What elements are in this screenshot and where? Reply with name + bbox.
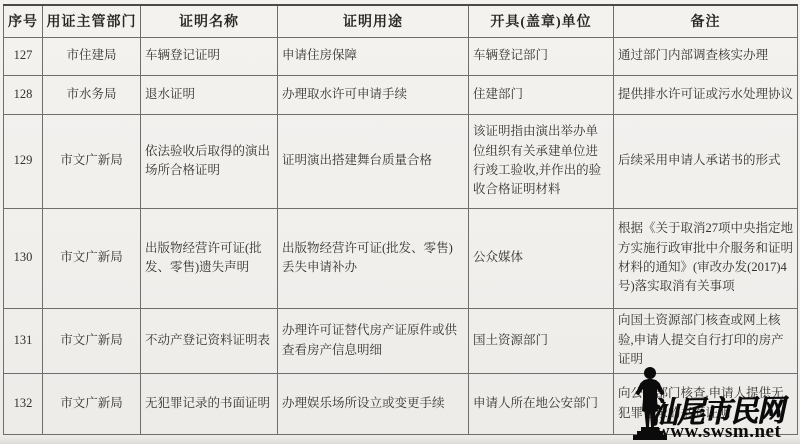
cell-dept: 市住建局 [43,37,141,75]
cell-seq: 127 [4,37,43,75]
certificates-table: 序号 用证主管部门 证明名称 证明用途 开具(盖章)单位 备注 127 市住建局… [3,4,798,435]
cell-dept: 市水务局 [43,75,141,114]
header-seq: 序号 [4,5,43,37]
table-row: 131 市文广新局 不动产登记资料证明表 办理许可证替代房产证原件或供查看房产信… [4,308,798,373]
cell-issuer: 国土资源部门 [469,308,614,373]
header-dept: 用证主管部门 [43,5,141,37]
header-cert-name: 证明名称 [141,5,278,37]
cell-issuer: 车辆登记部门 [469,37,614,75]
cell-cert-name: 车辆登记证明 [141,37,278,75]
cell-seq: 132 [4,373,43,434]
cell-cert-name: 不动产登记资料证明表 [141,308,278,373]
cell-purpose: 证明演出搭建舞台质量合格 [278,114,469,208]
scanned-document-page: 序号 用证主管部门 证明名称 证明用途 开具(盖章)单位 备注 127 市住建局… [0,0,800,444]
cell-issuer: 住建部门 [469,75,614,114]
cell-remark: 通过部门内部调查核实办理 [614,37,798,75]
cell-purpose: 办理许可证替代房产证原件或供查看房产信息明细 [278,308,469,373]
cell-dept: 市文广新局 [43,208,141,308]
cell-issuer: 公众媒体 [469,208,614,308]
header-purpose: 证明用途 [278,5,469,37]
cell-purpose: 出版物经营许可证(批发、零售)丢失申请补办 [278,208,469,308]
cell-seq: 130 [4,208,43,308]
table-header-row: 序号 用证主管部门 证明名称 证明用途 开具(盖章)单位 备注 [4,5,798,37]
cell-remark: 向公安部门核查,申请人提供无犯罪记录的书面证明 [614,373,798,434]
cell-remark: 后续采用申请人承诺书的形式 [614,114,798,208]
cell-remark: 向国土资源部门核查或网上核验,申请人提交自行打印的房产证明 [614,308,798,373]
cell-seq: 131 [4,308,43,373]
cell-purpose: 办理取水许可申请手续 [278,75,469,114]
header-remark: 备注 [614,5,798,37]
cell-purpose: 申请住房保障 [278,37,469,75]
cell-purpose: 办理娱乐场所设立或变更手续 [278,373,469,434]
cell-dept: 市文广新局 [43,373,141,434]
table-row: 132 市文广新局 无犯罪记录的书面证明 办理娱乐场所设立或变更手续 申请人所在… [4,373,798,434]
cell-cert-name: 退水证明 [141,75,278,114]
table-row: 130 市文广新局 出版物经营许可证(批发、零售)遗失声明 出版物经营许可证(批… [4,208,798,308]
cell-dept: 市文广新局 [43,114,141,208]
table-row: 127 市住建局 车辆登记证明 申请住房保障 车辆登记部门 通过部门内部调查核实… [4,37,798,75]
cell-issuer: 该证明指由演出举办单位组织有关承建单位进行竣工验收,并作出的验收合格证明材料 [469,114,614,208]
cell-cert-name: 依法验收后取得的演出场所合格证明 [141,114,278,208]
cell-seq: 128 [4,75,43,114]
table-row: 128 市水务局 退水证明 办理取水许可申请手续 住建部门 提供排水许可证或污水… [4,75,798,114]
table-row: 129 市文广新局 依法验收后取得的演出场所合格证明 证明演出搭建舞台质量合格 … [4,114,798,208]
header-issuer: 开具(盖章)单位 [469,5,614,37]
cell-remark: 根据《关于取消27项中央指定地方实施行政审批中介服务和证明材料的通知》(审改办发… [614,208,798,308]
cell-issuer: 申请人所在地公安部门 [469,373,614,434]
cell-seq: 129 [4,114,43,208]
cell-cert-name: 无犯罪记录的书面证明 [141,373,278,434]
cell-cert-name: 出版物经营许可证(批发、零售)遗失声明 [141,208,278,308]
cell-remark: 提供排水许可证或污水处理协议 [614,75,798,114]
cell-dept: 市文广新局 [43,308,141,373]
